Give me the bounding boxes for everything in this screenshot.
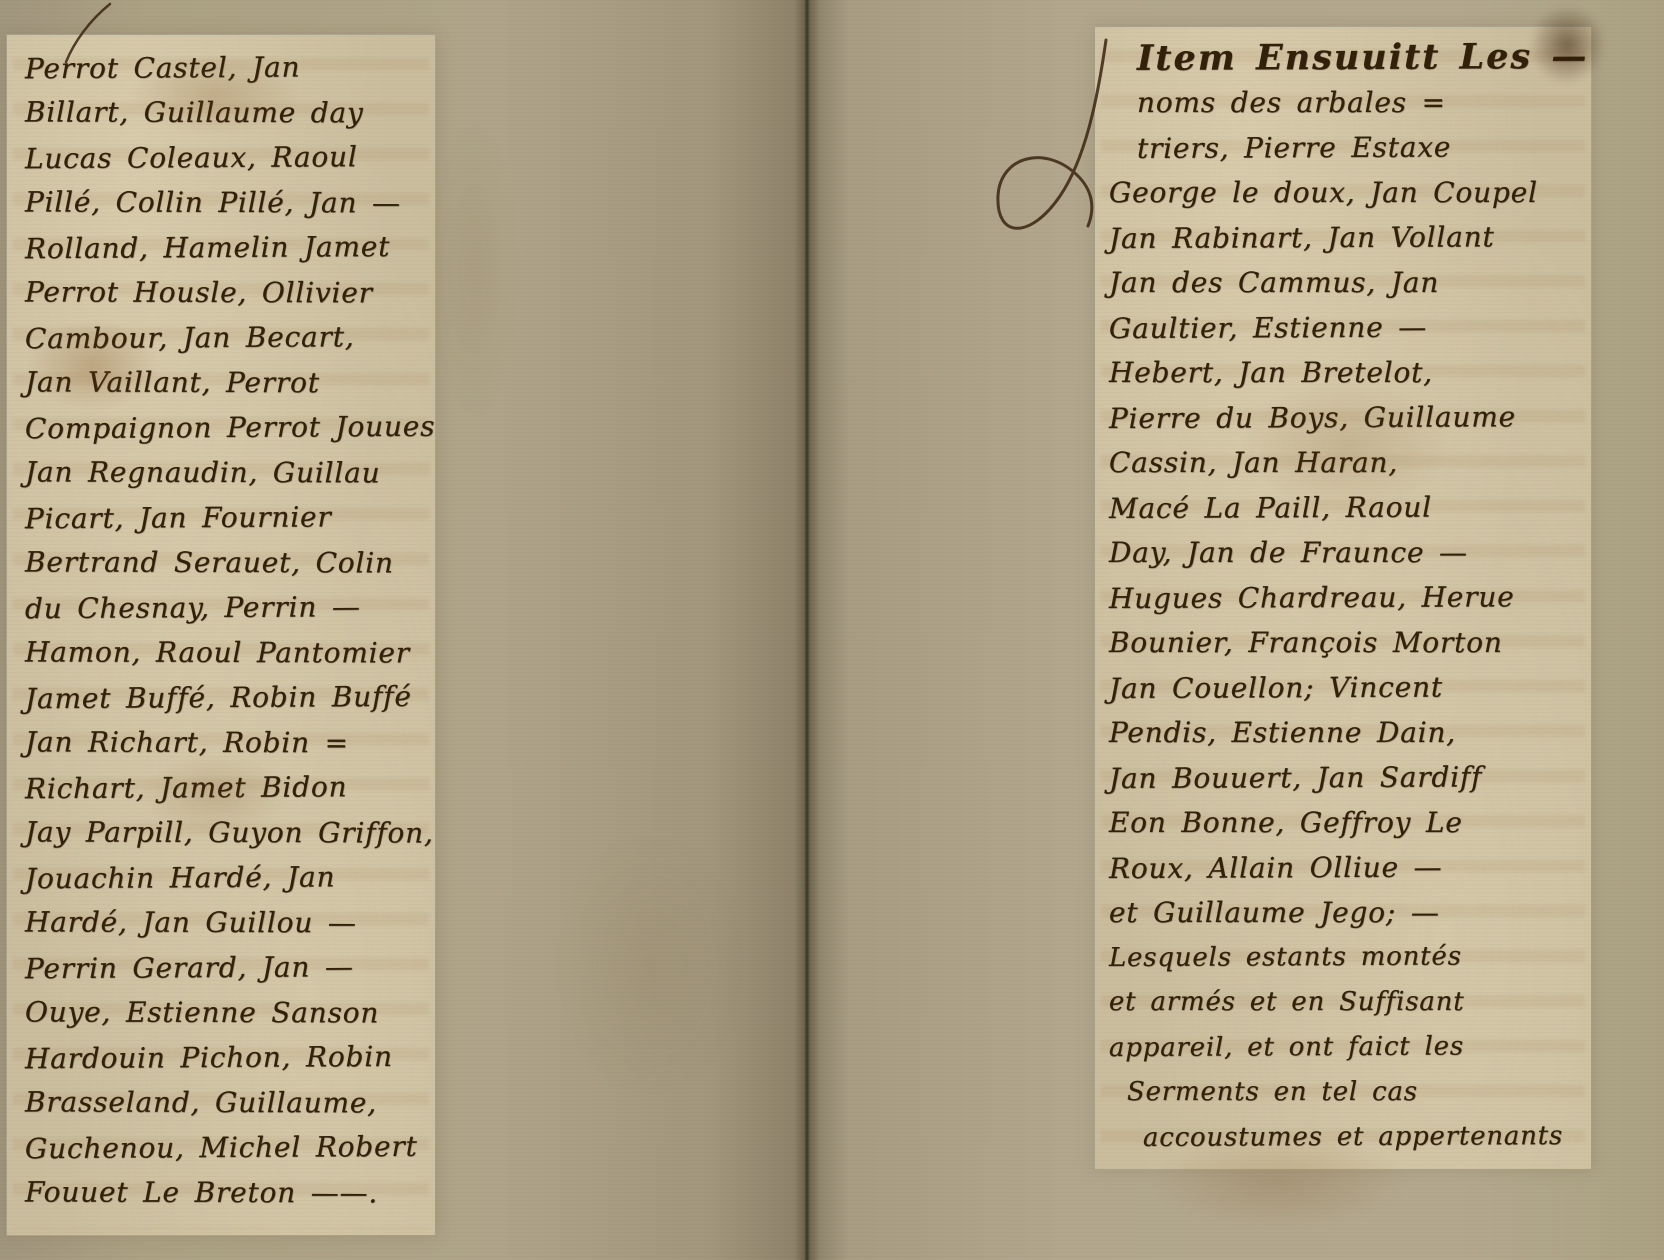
manuscript-line: et armés et en Suffisant	[1109, 980, 1591, 1025]
manuscript-line: Jouachin Hardé, Jan	[25, 854, 435, 902]
manuscript-line: Pillé, Collin Pillé, Jan —	[25, 179, 435, 225]
manuscript-line: Billart, Guillaume day	[25, 89, 435, 135]
manuscript-line: Gaultier, Estienne —	[1109, 304, 1591, 351]
manuscript-line: Pierre du Boys, Guillaume	[1109, 394, 1591, 441]
manuscript-line: Perrot Castel, Jan	[25, 44, 435, 92]
left-page-lines: Perrot Castel, JanBillart, Guillaume day…	[7, 35, 435, 1215]
manuscript-line: Hamon, Raoul Pantomier	[25, 629, 435, 675]
manuscript-line: Jay Parpill, Guyon Griffon,	[25, 809, 435, 855]
manuscript-line: Jan Couellon; Vincent	[1109, 664, 1591, 711]
right-page-lines: Item Ensuuitt Les —noms des arbales =tri…	[1095, 27, 1591, 1160]
manuscript-line: Ouye, Estienne Sanson	[25, 989, 435, 1035]
manuscript-line: Perrin Gerard, Jan —	[25, 944, 435, 992]
manuscript-line: Jan Regnaudin, Guillau	[25, 449, 435, 495]
manuscript-line: Macé La Paill, Raoul	[1109, 484, 1591, 531]
manuscript-line: accoustumes et appertenants	[1109, 1114, 1591, 1161]
manuscript-line: Picart, Jan Fournier	[25, 494, 435, 542]
manuscript-line: Hardé, Jan Guillou —	[25, 899, 435, 945]
manuscript-line: Richart, Jamet Bidon	[25, 764, 435, 812]
manuscript-line: Jan Rabinart, Jan Vollant	[1109, 214, 1591, 261]
manuscript-line: Lesquels estants montés	[1109, 934, 1591, 981]
manuscript-line: Jan Vaillant, Perrot	[25, 359, 435, 405]
manuscript-line: Brasseland, Guillaume,	[25, 1079, 435, 1125]
manuscript-line: Jan Richart, Robin =	[25, 719, 435, 765]
manuscript-spread: Perrot Castel, JanBillart, Guillaume day…	[0, 0, 1664, 1260]
manuscript-line: Jan Bouuert, Jan Sardiff	[1109, 754, 1591, 801]
manuscript-line: triers, Pierre Estaxe	[1109, 124, 1591, 171]
manuscript-line: Cambour, Jan Becart,	[25, 314, 435, 362]
manuscript-line: et Guillaume Jego; —	[1109, 890, 1591, 935]
manuscript-line: noms des arbales =	[1109, 80, 1591, 125]
manuscript-line: Day, Jan de Fraunce —	[1109, 530, 1591, 575]
manuscript-line: Pendis, Estienne Dain,	[1109, 710, 1591, 755]
manuscript-line: Compaignon Perrot Jouues	[25, 404, 435, 452]
manuscript-line: Roux, Allain Olliue —	[1109, 844, 1591, 891]
manuscript-line: Jan des Cammus, Jan	[1109, 260, 1591, 305]
manuscript-line: Bertrand Serauet, Colin	[25, 539, 435, 585]
manuscript-line: Perrot Housle, Ollivier	[25, 269, 435, 315]
manuscript-line: Cassin, Jan Haran,	[1109, 440, 1591, 485]
book-gutter	[794, 0, 820, 1260]
manuscript-line: du Chesnay, Perrin —	[25, 584, 435, 632]
right-text-block: Item Ensuuitt Les —noms des arbales =tri…	[1094, 26, 1592, 1170]
manuscript-line: George le doux, Jan Coupel	[1109, 170, 1591, 215]
manuscript-line: appareil, et ont faict les	[1109, 1024, 1591, 1071]
manuscript-line: Jamet Buffé, Robin Buffé	[25, 674, 435, 722]
manuscript-line: Bounier, François Morton	[1109, 620, 1591, 665]
manuscript-line: Rolland, Hamelin Jamet	[25, 224, 435, 272]
manuscript-line: Serments en tel cas	[1109, 1070, 1591, 1115]
manuscript-line: Fouuet Le Breton ——.	[25, 1169, 435, 1215]
left-text-block: Perrot Castel, JanBillart, Guillaume day…	[6, 34, 436, 1236]
manuscript-line: Hugues Chardreau, Herue	[1109, 574, 1591, 621]
manuscript-line: Guchenou, Michel Robert	[25, 1124, 435, 1172]
manuscript-line: Hardouin Pichon, Robin	[25, 1034, 435, 1082]
manuscript-line: Item Ensuuitt Les —	[1109, 34, 1591, 81]
manuscript-line: Eon Bonne, Geffroy Le	[1109, 800, 1591, 845]
manuscript-line: Lucas Coleaux, Raoul	[25, 134, 435, 182]
manuscript-line: Hebert, Jan Bretelot,	[1109, 350, 1591, 395]
